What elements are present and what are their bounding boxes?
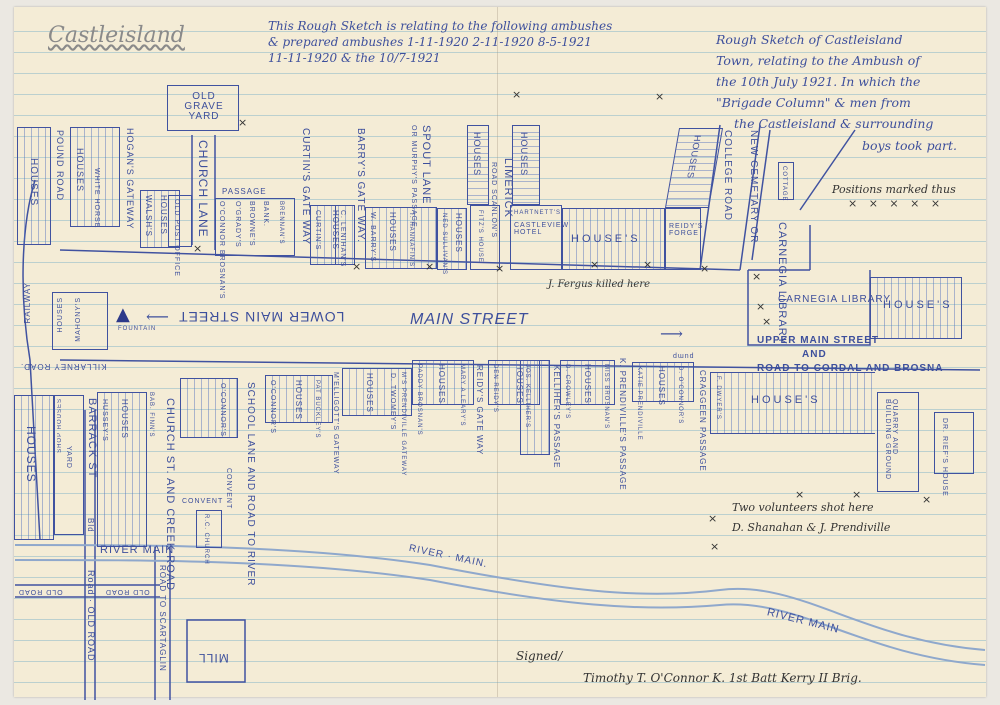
rc-church: R.C. CHURCH — [196, 510, 222, 548]
husseys-block: HUSSEY'S HOUSES — [97, 392, 147, 547]
convent-label: CONVENT — [182, 498, 223, 505]
crowleys-block: D. CROWLEY'S HOUSES MISS BROSNAN'S — [560, 360, 615, 405]
description-line2: Town, relating to the Ambush of — [716, 55, 920, 68]
position-marker-icon: × — [352, 260, 361, 273]
main-street-label: MAIN STREET — [410, 312, 529, 328]
signed-label: Signed/ — [516, 650, 562, 662]
legend-symbol: × × × × × — [848, 198, 944, 209]
college-road-label: COLLEGE ROAD — [722, 130, 732, 221]
lower-main-street-label: LOWER MAIN STREET — [178, 310, 344, 324]
position-marker-icon: × — [495, 262, 504, 275]
school-lane-label: SCHOOL LANE AND ROAD TO RIVER — [245, 382, 255, 586]
pound-road-label: POUND ROAD — [55, 130, 64, 201]
reidys-forge: REIDY'S FORGE — [665, 208, 701, 270]
old-road-label-1: OLD ROAD — [18, 588, 63, 595]
oconnors-block: O'CONNOR'S HOUSES PAT BUCKLEY'S — [265, 375, 333, 423]
bank-block: O'CONNOR BROSNAN'S O'GRADY'S BROWNE'S BA… — [215, 198, 295, 256]
mill-label: MILL — [198, 652, 229, 664]
position-marker-icon: × — [643, 258, 652, 271]
railway-label: RAILWAY — [24, 282, 32, 324]
position-marker-icon: × — [708, 512, 717, 525]
killarney-road-label: KILLARNEY ROAD. — [20, 362, 106, 370]
houses-block-upper: HOUSE'S — [870, 277, 962, 339]
volunteers-annotation-line1: Two volunteers shot here — [732, 502, 873, 513]
fountain-area-block: HOUSES MAHONY'S — [52, 292, 108, 350]
passage-label: PASSAGE — [222, 188, 267, 196]
houses-block-1: HOUSES — [17, 127, 51, 245]
katie-prendiville-block: KATIE PRENDIVILLE HOUSES D. O'CONNOR'S — [632, 362, 694, 402]
dr-riefs-house: DR. RIEF'S HOUSE — [934, 412, 974, 474]
church-st-label: CHURCH ST. AND CREEK ROAD — [164, 398, 175, 591]
c-lenihans-block: C. LENIHAN'S — [335, 205, 355, 265]
bld-label: Bld — [86, 518, 94, 533]
position-marker-icon: × — [710, 540, 719, 553]
position-marker-icon: × — [762, 315, 771, 328]
header-note-line2: & prepared ambushes 1-11-1920 2-11-1920 … — [268, 36, 592, 48]
scanlons-road-label: ROAD SCANLON'S — [490, 162, 497, 238]
position-marker-icon: × — [193, 242, 202, 255]
header-note-line1: This Rough Sketch is relating to the fol… — [268, 20, 612, 32]
kellihers-passage-label: KELLIHER'S PASSAGE — [552, 365, 560, 468]
position-marker-icon: × — [238, 116, 247, 129]
elligotts-gateway-label: M'ELLIGOTT'S GATEWAY — [332, 372, 339, 475]
position-marker-icon: × — [922, 493, 931, 506]
pump-label: pump — [672, 352, 694, 359]
description-line4: "Brigade Column" & men from — [716, 97, 911, 110]
murphys-passage-label: OR MURPHY'S PASSAGE — [410, 125, 417, 228]
position-marker-icon: × — [425, 260, 434, 273]
position-marker-icon: × — [512, 88, 521, 101]
map-title: Castleisland — [48, 25, 185, 47]
description-line5: the Castleisland & surrounding — [734, 118, 933, 131]
old-road-label-2: OLD ROAD — [105, 588, 150, 595]
houses-block-upper-south: F. DWYER'S HOUSE'S — [710, 372, 875, 434]
quarry-block: QUARRY AND BUILDING GROUND — [877, 392, 919, 492]
new-cemetery-label: NEW CEMETARY OR — [748, 130, 758, 243]
description-line3: the 10th July 1921. In which the — [716, 76, 920, 89]
volunteers-annotation-line2: D. Shanahan & J. Prendiville — [732, 522, 890, 533]
description-line6: boys took part. — [862, 140, 957, 153]
position-marker-icon: × — [700, 262, 709, 275]
shop-houses-block: SHOP HOUSES YARD — [54, 395, 84, 535]
position-marker-icon: × — [795, 488, 804, 501]
hogans-gateway-label: HOGAN'S GATEWAY — [125, 128, 134, 230]
prendivilles-passage-label: K. PRENDIVILLE'S PASSAGE — [618, 358, 626, 491]
houses-block-limerick: HOUSES — [467, 125, 489, 205]
east-arrow-icon: ⟶ — [660, 326, 683, 342]
signature: Timothy T. O'Connor K. 1st Batt Kerry II… — [583, 672, 862, 684]
ned-sullivans-block: NED SULLIVAN'S HOUSES — [437, 208, 467, 270]
position-marker-icon: × — [752, 270, 761, 283]
church-lane-label: CHURCH LANE — [197, 140, 209, 238]
brosnans-block: PADDY BROSNAN'S HOUSES MARY A LEARY'S — [412, 360, 474, 405]
killed-annotation: J. Fergus killed here — [548, 280, 650, 290]
spout-lane-label: SPOUT LANE — [420, 125, 431, 205]
castleview-hotel: HARTNETT'S CASTLEVIEW HOTEL — [510, 205, 562, 270]
prendivilles-gateway-label: M'S PRENDIVILLE GATEWAY — [400, 372, 406, 476]
cottage-block: COTTAGE — [778, 162, 794, 200]
position-marker-icon: × — [852, 488, 861, 501]
west-arrow-icon: ⟵ — [146, 309, 169, 325]
kellihers-block: JOS. KELLIHER'S — [520, 360, 550, 455]
curtins-gateway-label: CURTIN'S GATE WAY — [300, 128, 310, 245]
description-line1: Rough Sketch of Castleisland — [716, 34, 903, 47]
upper-main-street-and: AND — [802, 350, 827, 360]
road-old-road-label: Road · OLD ROAD — [86, 570, 95, 662]
convent-vertical-label: CONVENT — [225, 468, 232, 509]
upper-main-street-label: UPPER MAIN STREET — [757, 336, 879, 346]
bab-finns-label: BAB. FINN'S — [148, 392, 154, 438]
position-marker-icon: × — [756, 300, 765, 313]
carnegia-library-vertical: CARNEGIA LIBRARY — [776, 222, 787, 345]
houses-block-limerick-2: HOUSES — [512, 125, 540, 205]
position-marker-icon: × — [655, 90, 664, 103]
position-marker-icon: × — [590, 258, 599, 271]
barrys-gateway-label: BARRY'S GATE WAY. — [355, 128, 365, 243]
old-grave-yard: OLD GRAVE YARD — [167, 85, 239, 131]
river-main-label-1: RIVER MAIN — [100, 545, 174, 556]
barrack-st-label: BARRACK ST — [86, 398, 97, 478]
reidys-gateway-label: REIDY'S GATE WAY — [475, 365, 483, 455]
legend-text: Positions marked thus — [832, 184, 956, 195]
convent-block: O'CONNOR'S — [180, 378, 238, 438]
header-note-line3: 11-11-1920 & the 10/7-1921 — [268, 52, 441, 64]
fountain-label: FOUNTAIN — [118, 326, 156, 332]
road-to-scartaglin-label: ROAD TO SCARTAGLIN — [158, 565, 166, 672]
craggeen-passage-label: CRAGGEEN PASSAGE — [698, 370, 706, 472]
houses-block-2: HOUSES WHITE HORSE — [70, 127, 120, 227]
old-post-office: OLD POST OFFICE — [168, 195, 192, 247]
houses-block-sw: HOUSES — [14, 395, 54, 540]
fountain-icon: ▲ — [116, 306, 130, 324]
